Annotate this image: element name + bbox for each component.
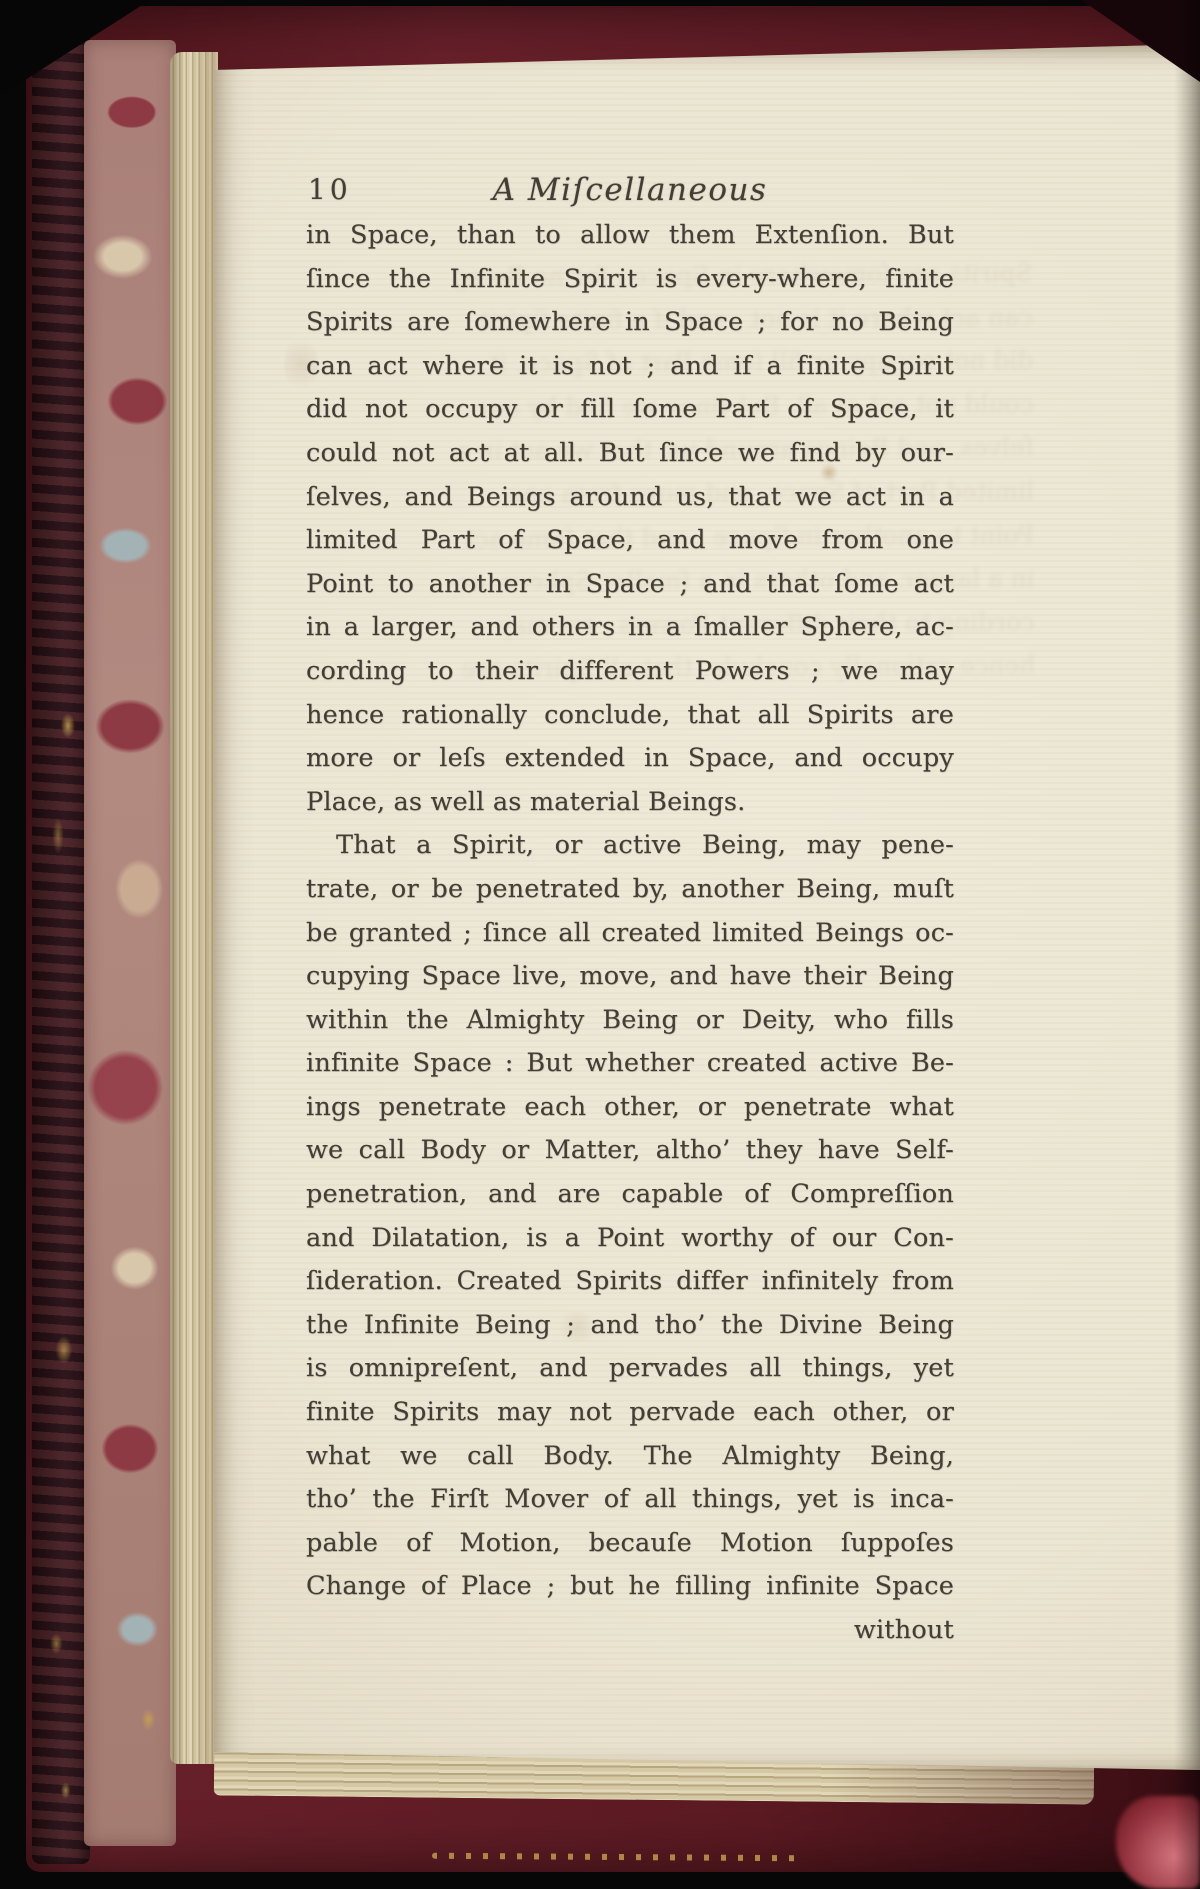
text-line: cording to their different Powers ; we m… <box>306 650 954 694</box>
text-line: trate, or be penetrated by, another Bein… <box>306 868 954 912</box>
text-line: is omnipreſent, and pervades all things,… <box>306 1347 954 1391</box>
catchword: without <box>306 1609 954 1653</box>
text-line: more or leſs extended in Space, and occu… <box>306 737 954 781</box>
book-photograph: Spirits are ſomewhere in Space ; for no … <box>0 0 1200 1889</box>
spine-leather-edge <box>32 28 90 1864</box>
left-page-edges <box>170 52 218 1764</box>
text-line: Point to another in Space ; and that ſom… <box>306 563 954 607</box>
book-page: Spirits are ſomewhere in Space ; for no … <box>214 44 1200 1770</box>
text-line: we call Body or Matter, altho’ they have… <box>306 1129 954 1173</box>
text-line: cupying Space live, move, and have their… <box>306 955 954 999</box>
text-line: did not occupy or fill ſome Part of Spac… <box>306 388 954 432</box>
text-line: limited Part of Space, and move from one <box>306 519 954 563</box>
text-line: the Infinite Being ; and tho’ the Divine… <box>306 1304 954 1348</box>
text-line: in Space, than to allow them Extenſion. … <box>306 214 954 258</box>
text-line: infinite Space : But whether created act… <box>306 1042 954 1086</box>
text-line: That a Spirit, or active Being, may pene… <box>306 824 954 868</box>
text-line: can act where it is not ; and if a finit… <box>306 345 954 389</box>
text-line: be granted ; ſince all created limited B… <box>306 912 954 956</box>
text-line: within the Almighty Being or Deity, who … <box>306 999 954 1043</box>
text-line: what we call Body. The Almighty Being, <box>306 1435 954 1479</box>
text-line: hence rationally conclude, that all Spir… <box>306 694 954 738</box>
text-line: tho’ the Firſt Mover of all things, yet … <box>306 1478 954 1522</box>
text-line: penetration, and are capable of Compreſſ… <box>306 1173 954 1217</box>
text-line: finite Spirits may not pervade each othe… <box>306 1391 954 1435</box>
text-line: Place, as well as material Beings. <box>306 781 954 825</box>
text-line: ſideration. Created Spirits differ infin… <box>306 1260 954 1304</box>
running-title: A Miſcellaneous <box>306 172 954 208</box>
text-line: ſelves, and Beings around us, that we ac… <box>306 476 954 520</box>
text-line: ings penetrate each other, or penetrate … <box>306 1086 954 1130</box>
text-line: in a larger, and others in a ſmaller Sph… <box>306 606 954 650</box>
marbled-endpaper <box>84 40 176 1846</box>
page-header: 10 A Miſcellaneous <box>306 162 954 208</box>
body-text: in Space, than to allow them Extenſion. … <box>306 214 954 1653</box>
text-line: and Dilatation, is a Point worthy of our… <box>306 1217 954 1261</box>
text-line: could not act at all. But ſince we find … <box>306 432 954 476</box>
text-lines: in Space, than to allow them Extenſion. … <box>306 214 954 1609</box>
text-line: ſince the Infinite Spirit is every-where… <box>306 258 954 302</box>
photo-edge-shadow <box>1174 0 1200 1889</box>
text-line: pable of Motion, becauſe Motion ſuppoſes <box>306 1522 954 1566</box>
text-line: Change of Place ; but he filling infinit… <box>306 1565 954 1609</box>
text-line: Spirits are ſomewhere in Space ; for no … <box>306 301 954 345</box>
